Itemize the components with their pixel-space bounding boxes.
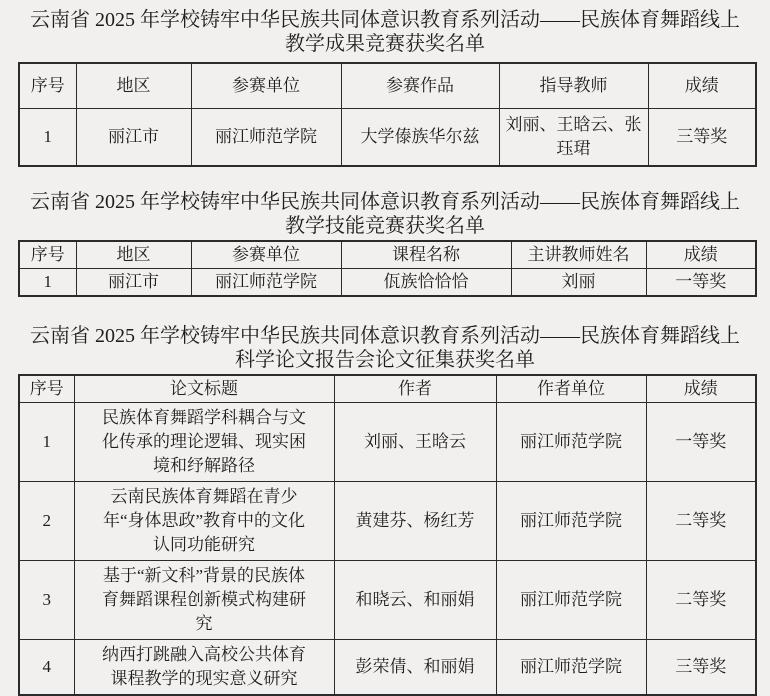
table-cell: 纳西打跳融入高校公共体育课程教学的现实意义研究 <box>74 640 334 696</box>
header-row: 序号地区参赛单位课程名称主讲教师姓名成绩 <box>19 241 756 269</box>
table-row: 3基于“新文科”背景的民族体育舞蹈课程创新模式构建研究和晓云、和丽娟丽江师范学院… <box>19 561 756 640</box>
table-cell: 和晓云、和丽娟 <box>334 561 496 640</box>
table-cell: 二等奖 <box>646 482 756 561</box>
table-row: 1丽江市丽江师范学院大学傣族华尔兹刘丽、王晗云、张珏珺三等奖 <box>19 109 756 167</box>
header-cell: 论文标题 <box>74 375 334 403</box>
table-cell: 三等奖 <box>648 109 756 167</box>
awards-table-skill: 序号地区参赛单位课程名称主讲教师姓名成绩1丽江市丽江师范学院佤族恰恰恰刘丽一等奖 <box>18 240 757 297</box>
table-cell: 云南民族体育舞蹈在青少年“身体思政”教育中的文化认同功能研究 <box>74 482 334 561</box>
table-cell: 刘丽、王晗云 <box>334 403 496 482</box>
header-cell: 成绩 <box>646 241 756 269</box>
section-title-line2: 教学技能竞赛获奖名单 <box>0 214 770 238</box>
header-cell: 课程名称 <box>341 241 511 269</box>
table-cell: 民族体育舞蹈学科耦合与文化传承的理论逻辑、现实困境和纾解路径 <box>74 403 334 482</box>
table-cell: 4 <box>19 640 74 696</box>
header-cell: 序号 <box>19 63 76 109</box>
table-cell: 一等奖 <box>646 403 756 482</box>
table-row: 2云南民族体育舞蹈在青少年“身体思政”教育中的文化认同功能研究黄建芬、杨红芳丽江… <box>19 482 756 561</box>
table-cell: 3 <box>19 561 74 640</box>
document-page: 云南省 2025 年学校铸牢中华民族共同体意识教育系列活动——民族体育舞蹈线上 … <box>0 0 770 696</box>
table-cell: 丽江市 <box>76 269 191 297</box>
section-title: 云南省 2025 年学校铸牢中华民族共同体意识教育系列活动——民族体育舞蹈线上 … <box>0 190 770 238</box>
table-row: 1丽江市丽江师范学院佤族恰恰恰刘丽一等奖 <box>19 269 756 297</box>
table-row: 1民族体育舞蹈学科耦合与文化传承的理论逻辑、现实困境和纾解路径刘丽、王晗云丽江师… <box>19 403 756 482</box>
header-cell: 地区 <box>76 63 191 109</box>
header-cell: 序号 <box>19 241 76 269</box>
header-cell: 参赛单位 <box>191 241 341 269</box>
section-title-line1: 云南省 2025 年学校铸牢中华民族共同体意识教育系列活动——民族体育舞蹈线上 <box>0 190 770 214</box>
table-cell: 刘丽、王晗云、张珏珺 <box>499 109 648 167</box>
section-title-line1: 云南省 2025 年学校铸牢中华民族共同体意识教育系列活动——民族体育舞蹈线上 <box>0 324 770 348</box>
header-cell: 主讲教师姓名 <box>511 241 646 269</box>
table-row: 4纳西打跳融入高校公共体育课程教学的现实意义研究彭荣倩、和丽娟丽江师范学院三等奖 <box>19 640 756 696</box>
header-cell: 作者 <box>334 375 496 403</box>
header-row: 序号地区参赛单位参赛作品指导教师成绩 <box>19 63 756 109</box>
header-cell: 参赛作品 <box>341 63 499 109</box>
table-cell: 黄建芬、杨红芳 <box>334 482 496 561</box>
section-title-line2: 科学论文报告会论文征集获奖名单 <box>0 348 770 372</box>
section-title: 云南省 2025 年学校铸牢中华民族共同体意识教育系列活动——民族体育舞蹈线上 … <box>0 8 770 56</box>
table-cell: 2 <box>19 482 74 561</box>
header-cell: 指导教师 <box>499 63 648 109</box>
header-cell: 成绩 <box>648 63 756 109</box>
header-cell: 参赛单位 <box>191 63 341 109</box>
section-paper-collection: 云南省 2025 年学校铸牢中华民族共同体意识教育系列活动——民族体育舞蹈线上 … <box>0 324 770 696</box>
awards-table-papers: 序号论文标题作者作者单位成绩1民族体育舞蹈学科耦合与文化传承的理论逻辑、现实困境… <box>18 374 757 696</box>
table-cell: 佤族恰恰恰 <box>341 269 511 297</box>
header-cell: 地区 <box>76 241 191 269</box>
awards-table-achievement: 序号地区参赛单位参赛作品指导教师成绩1丽江市丽江师范学院大学傣族华尔兹刘丽、王晗… <box>18 62 757 167</box>
table-cell: 刘丽 <box>511 269 646 297</box>
table-cell: 1 <box>19 403 74 482</box>
table-cell: 三等奖 <box>646 640 756 696</box>
header-cell: 序号 <box>19 375 74 403</box>
table-cell: 一等奖 <box>646 269 756 297</box>
section-title: 云南省 2025 年学校铸牢中华民族共同体意识教育系列活动——民族体育舞蹈线上 … <box>0 324 770 372</box>
section-title-line1: 云南省 2025 年学校铸牢中华民族共同体意识教育系列活动——民族体育舞蹈线上 <box>0 8 770 32</box>
section-title-line2: 教学成果竞赛获奖名单 <box>0 32 770 56</box>
table-cell: 二等奖 <box>646 561 756 640</box>
header-row: 序号论文标题作者作者单位成绩 <box>19 375 756 403</box>
table-cell: 丽江市 <box>76 109 191 167</box>
table-cell: 丽江师范学院 <box>496 403 646 482</box>
section-teaching-skill: 云南省 2025 年学校铸牢中华民族共同体意识教育系列活动——民族体育舞蹈线上 … <box>0 190 770 297</box>
section-teaching-achievement: 云南省 2025 年学校铸牢中华民族共同体意识教育系列活动——民族体育舞蹈线上 … <box>0 8 770 167</box>
table-cell: 1 <box>19 109 76 167</box>
table-cell: 基于“新文科”背景的民族体育舞蹈课程创新模式构建研究 <box>74 561 334 640</box>
table-cell: 丽江师范学院 <box>191 109 341 167</box>
header-cell: 作者单位 <box>496 375 646 403</box>
table-cell: 彭荣倩、和丽娟 <box>334 640 496 696</box>
table-cell: 大学傣族华尔兹 <box>341 109 499 167</box>
table-cell: 丽江师范学院 <box>496 482 646 561</box>
table-cell: 丽江师范学院 <box>496 561 646 640</box>
table-cell: 丽江师范学院 <box>496 640 646 696</box>
table-cell: 1 <box>19 269 76 297</box>
table-cell: 丽江师范学院 <box>191 269 341 297</box>
header-cell: 成绩 <box>646 375 756 403</box>
